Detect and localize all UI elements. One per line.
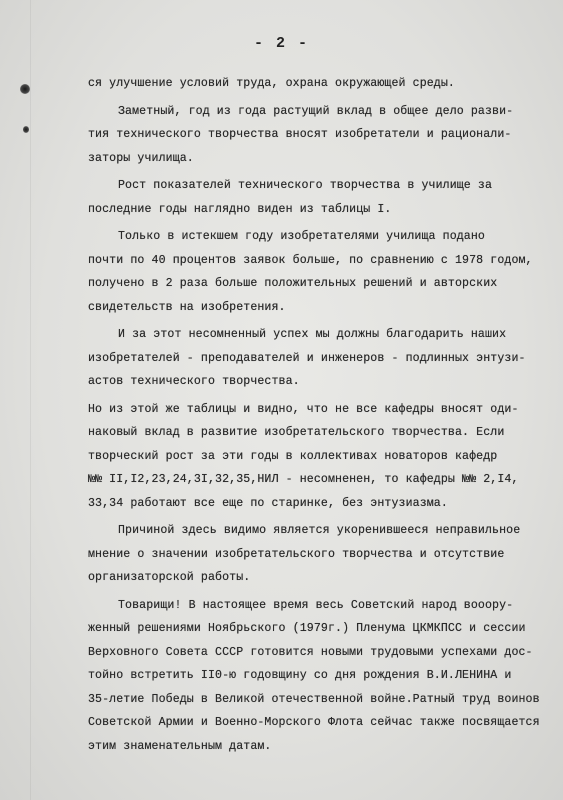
text-line: творческий рост за эти годы в коллектива…: [88, 445, 528, 469]
text-line: последние годы наглядно виден из таблицы…: [88, 198, 528, 222]
text-line: Товарищи! В настоящее время весь Советск…: [88, 594, 528, 618]
text-line: организаторской работы.: [88, 566, 528, 590]
text-line: тия технического творчества вносят изобр…: [88, 123, 528, 147]
text-line: Причиной здесь видимо является укоренивш…: [88, 519, 528, 543]
text-line: изобретателей - преподавателей и инженер…: [88, 347, 528, 371]
text-line: заторы училища.: [88, 147, 528, 171]
text-line: мнение о значении изобретательского твор…: [88, 543, 528, 567]
text-line: Советской Армии и Военно-Морского Флота …: [88, 711, 528, 735]
text-line: Только в истекшем году изобретателями уч…: [88, 225, 528, 249]
text-line: тойно встретить II0-ю годовщину со дня р…: [88, 664, 528, 688]
punch-hole-mark: [23, 126, 29, 133]
text-line: ся улучшение условий труда, охрана окруж…: [88, 72, 528, 96]
text-line: этим знаменательным датам.: [88, 735, 528, 759]
text-line: получено в 2 раза больше положительных р…: [88, 272, 528, 296]
text-line: Рост показателей технического творчества…: [88, 174, 528, 198]
text-line: Верховного Совета СССР готовится новыми …: [88, 641, 528, 665]
text-line: почти по 40 процентов заявок больше, по …: [88, 249, 528, 273]
text-line: Заметный, год из года растущий вклад в о…: [88, 100, 528, 124]
text-line: Но из этой же таблицы и видно, что не вс…: [88, 398, 528, 422]
text-line: №№ II,I2,23,24,3I,32,35,НИЛ - несомненен…: [88, 468, 528, 492]
text-line: 33,34 работают все еще по старинке, без …: [88, 492, 528, 516]
text-line: наковый вклад в развитие изобретательско…: [88, 421, 528, 445]
text-line: женный решениями Ноябрьского (1979г.) Пл…: [88, 617, 528, 641]
text-line: свидетельств на изобретения.: [88, 296, 528, 320]
document-page: - 2 - ся улучшение условий труда, охрана…: [0, 0, 563, 800]
text-line: астов технического творчества.: [88, 370, 528, 394]
paper-fold-line: [30, 0, 31, 800]
text-line: И за этот несомненный успех мы должны бл…: [88, 323, 528, 347]
page-number: - 2 -: [0, 35, 563, 52]
document-body: ся улучшение условий труда, охрана окруж…: [88, 72, 528, 758]
punch-hole-mark: [20, 84, 30, 94]
text-line: 35-летие Победы в Великой отечественной …: [88, 688, 528, 712]
